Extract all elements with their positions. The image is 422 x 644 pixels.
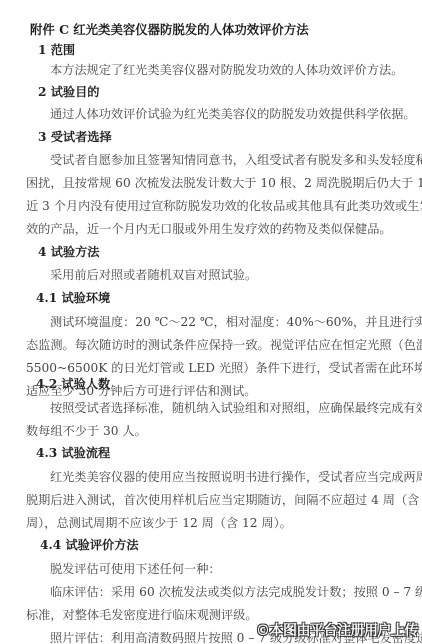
paragraph-line: 采用前后对照或者随机双盲对照试验。 xyxy=(50,267,257,283)
section-heading-sample-size: 4.2 试验人数 xyxy=(36,376,110,392)
upload-watermark: ©本图由平台注册用户上传 xyxy=(256,622,418,640)
section-heading-method: 4 试验方法 xyxy=(38,244,99,260)
paragraph-line: 脱期后进入测试，首次使用样机后应当定期随访，间隔不应超过 4 周（含 4 xyxy=(26,492,398,508)
section-heading-environment: 4.1 试验环境 xyxy=(36,290,110,306)
paragraph-line: 态监测。每次随访时的测试条件应保持一致。视觉评估应在恒定光照（色温 xyxy=(26,337,398,353)
section-heading-subjects: 3 受试者选择 xyxy=(38,129,112,145)
paragraph-line: 受试者自愿参加且签署知情同意书，入组受试者有脱发多和头发轻度稀疏 xyxy=(50,152,400,168)
paragraph-line: 标准，对整体毛发密度进行临床观测评级。 xyxy=(26,607,258,623)
paragraph-line: 测试环境温度：20 ℃～22 ℃，相对湿度：40%～60%，并且进行实时动 xyxy=(50,314,400,330)
paragraph-line: 按照受试者选择标准，随机纳入试验组和对照组，应确保最终完成有效例 xyxy=(50,400,400,416)
section-heading-procedure: 4.3 试验流程 xyxy=(36,445,110,461)
section-heading-scope: 1 范围 xyxy=(38,42,75,58)
paragraph-line: 效的产品，近一个月内无口服或外用生发疗效的药物及类似保健品。 xyxy=(26,221,392,237)
document-title: 附件 C 红光类美容仪器防脱发的人体功效评价方法 xyxy=(30,22,309,38)
paragraph-line: 通过人体功效评价试验为红光类美容仪的防脱发功效提供科学依据。 xyxy=(50,106,416,122)
paragraph-line: 本方法规定了红光类美容仪器对防脱发功效的人体功效评价方法。 xyxy=(50,62,403,78)
paragraph-line: 周），总测试周期不应该少于 12 周（含 12 周）。 xyxy=(26,515,292,531)
paragraph-line: 近 3 个月内没有使用过宣称防脱发功效的化妆品或其他具有此类功效或生发功 xyxy=(26,198,398,214)
section-heading-evaluation: 4.4 试验评价方法 xyxy=(40,537,139,553)
paragraph-line: 数每组不少于 30 人。 xyxy=(26,423,147,439)
paragraph-line: 临床评估：采用 60 次梳发法或类似方法完成脱发计数；按照 0 – 7 级分级 xyxy=(50,584,400,600)
paragraph-line: 5500~6500K 的日光灯管或 LED 光照）条件下进行，受试者需在此环境条… xyxy=(26,360,398,376)
paragraph-line: 困扰，且按常规 60 次梳发法脱发计数大于 10 根、2 周洗脱期后仍大于 10… xyxy=(26,175,398,191)
document-page: 附件 C 红光类美容仪器防脱发的人体功效评价方法 1 范围 本方法规定了红光类美… xyxy=(0,0,422,644)
section-heading-purpose: 2 试验目的 xyxy=(38,84,99,100)
paragraph-line: 脱发评估可使用下述任何一种： xyxy=(50,561,221,577)
paragraph-line: 红光类美容仪器的使用应当按照说明书进行操作，受试者应当完成两周洗 xyxy=(50,469,400,485)
